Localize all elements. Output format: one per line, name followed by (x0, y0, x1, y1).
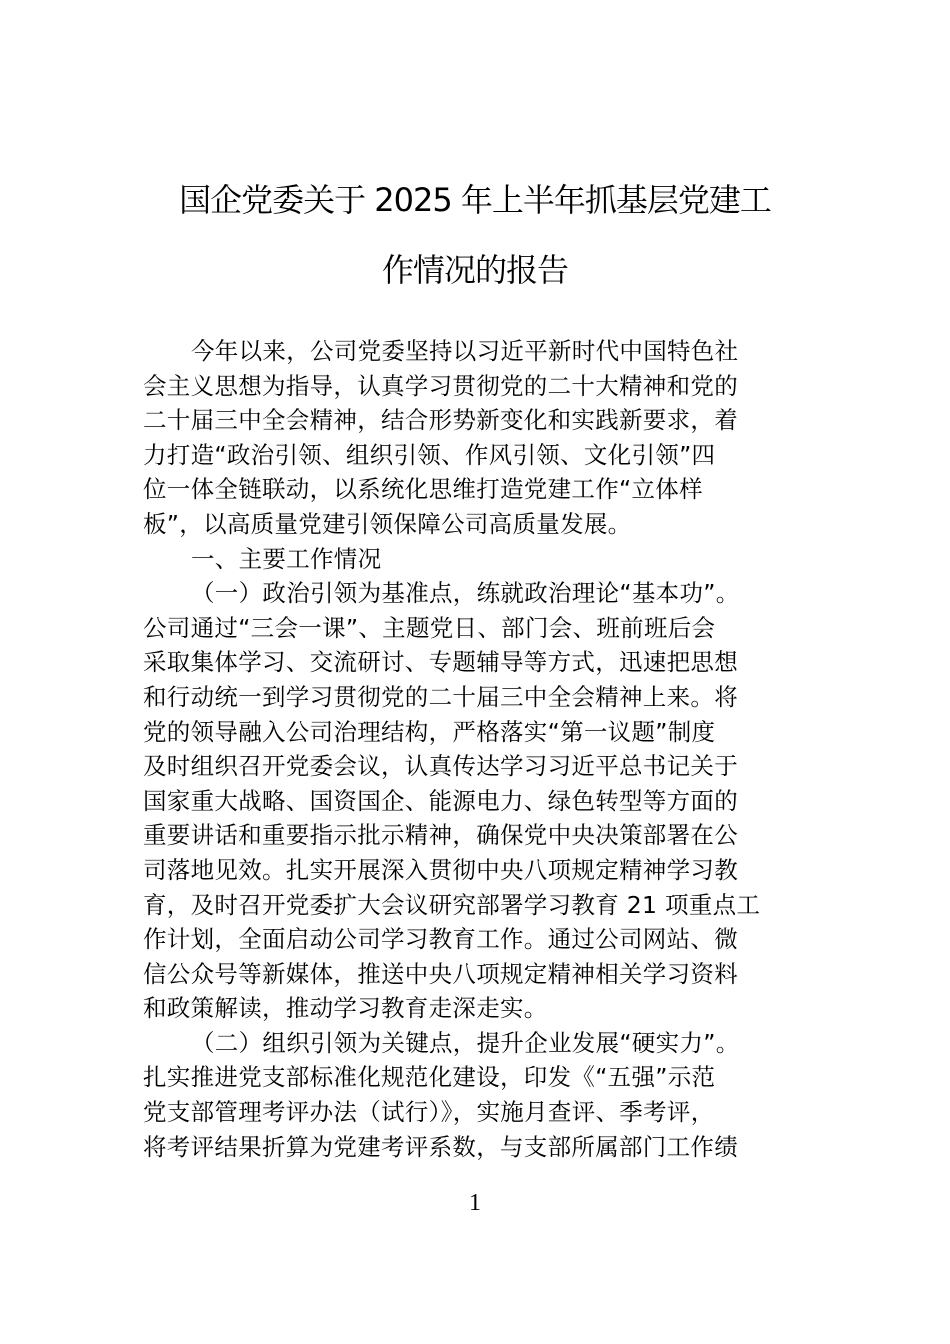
document-body: 今年以来，公司党委坚持以习近平新时代中国特色社 会主义思想为指导，认真学习贯彻党… (143, 334, 823, 1164)
text-line: 今年以来，公司党委坚持以习近平新时代中国特色社 (143, 334, 823, 369)
page-number: 1 (0, 1188, 950, 1218)
paragraph-intro: 今年以来，公司党委坚持以习近平新时代中国特色社 会主义思想为指导，认真学习贯彻党… (143, 334, 823, 542)
text-line: 党支部管理考评办法（试行）》，实施月查评、季考评， (143, 1095, 823, 1130)
text-line: 将考评结果折算为党建考评系数，与支部所属部门工作绩 (143, 1130, 823, 1165)
text-line: 党的领导融入公司治理结构，严格落实“第一议题”制度 (143, 715, 823, 750)
text-line: 及时组织召开党委会议，认真传达学习习近平总书记关于 (143, 749, 823, 784)
paragraph-political-leadership: （一）政治引领为基准点，练就政治理论“基本功”。 公司通过“三会一课”、主题党日… (143, 576, 823, 1026)
subheading-line: （二）组织引领为关键点，提升企业发展“硬实力”。 (143, 1026, 823, 1061)
text-line: 重要讲话和重要指示批示精神，确保党中央决策部署在公 (143, 818, 823, 853)
title-line: 作情况的报告 (140, 235, 810, 305)
text-line: 司落地见效。扎实开展深入贯彻中央八项规定精神学习教 (143, 853, 823, 888)
document-title: 国企党委关于 2025 年上半年抓基层党建工 作情况的报告 (140, 165, 810, 305)
paragraph-organizational-leadership: （二）组织引领为关键点，提升企业发展“硬实力”。 扎实推进党支部标准化规范化建设… (143, 1026, 823, 1164)
text-line: 公司通过“三会一课”、主题党日、部门会、班前班后会 (143, 611, 823, 646)
text-line: 国家重大战略、国资国企、能源电力、绿色转型等方面的 (143, 784, 823, 819)
text-line: 板”，以高质量党建引领保障公司高质量发展。 (143, 507, 823, 542)
heading-text: 一、主要工作情况 (143, 542, 823, 577)
text-line: 信公众号等新媒体，推送中央八项规定精神相关学习资料 (143, 957, 823, 992)
text-line: 采取集体学习、交流研讨、专题辅导等方式，迅速把思想 (143, 645, 823, 680)
text-line: 和政策解读，推动学习教育走深走实。 (143, 991, 823, 1026)
document-page: 国企党委关于 2025 年上半年抓基层党建工 作情况的报告 今年以来，公司党委坚… (0, 0, 950, 1344)
title-line: 国企党委关于 2025 年上半年抓基层党建工 (140, 165, 810, 235)
section-heading: 一、主要工作情况 (143, 542, 823, 577)
text-line: 力打造“政治引领、组织引领、作风引领、文化引领”四 (143, 438, 823, 473)
text-line: 作计划，全面启动公司学习教育工作。通过公司网站、微 (143, 922, 823, 957)
subheading-line: （一）政治引领为基准点，练就政治理论“基本功”。 (143, 576, 823, 611)
text-line: 位一体全链联动，以系统化思维打造党建工作“立体样 (143, 472, 823, 507)
text-line: 会主义思想为指导，认真学习贯彻党的二十大精神和党的 (143, 369, 823, 404)
text-line: 和行动统一到学习贯彻党的二十届三中全会精神上来。将 (143, 680, 823, 715)
text-line: 二十届三中全会精神，结合形势新变化和实践新要求，着 (143, 403, 823, 438)
text-line: 育，及时召开党委扩大会议研究部署学习教育 21 项重点工 (143, 888, 823, 923)
text-line: 扎实推进党支部标准化规范化建设，印发《“五强”示范 (143, 1060, 823, 1095)
